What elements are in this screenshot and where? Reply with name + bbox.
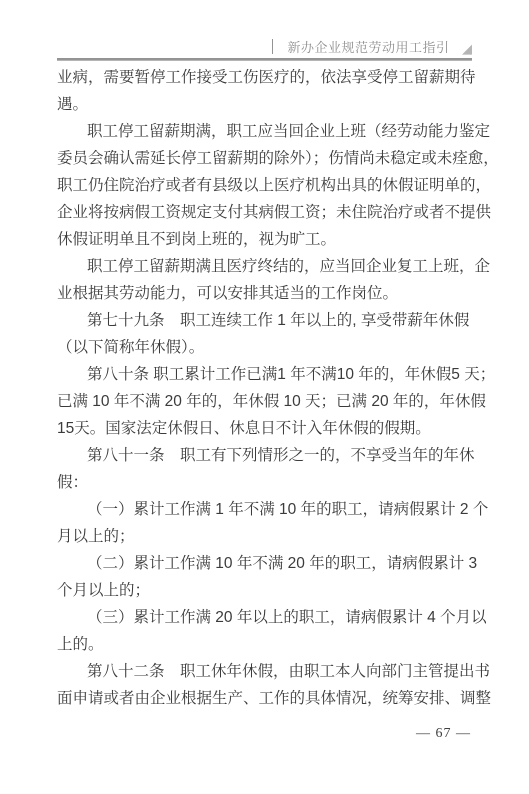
text-line: （三）累计工作满 20 年以上的职工，请病假累计 4 个月以 [57,604,472,631]
text-line: 企业将按病假工资规定支付其病假工资；未住院治疗或者不提供 [57,199,472,226]
header-divider-bar [272,39,273,54]
text-line: （一）累计工作满 1 年不满 10 年的职工，请病假累计 2 个 [57,496,472,523]
text-line: 第八十一条 职工有下列情形之一的，不享受当年的年休 [57,442,472,469]
text-line: 第七十九条 职工连续工作 1 年以上的, 享受带薪年休假 [57,307,472,334]
header-rule [57,58,472,61]
text-line: 职工停工留薪期满，职工应当回企业上班（经劳动能力鉴定 [57,118,472,145]
text-line: 面申请或者由企业根据生产、工作的具体情况，统筹安排、调整 [57,685,472,712]
text-line: 职工仍住院治疗或者有县级以上医疗机构出具的休假证明单的， [57,172,472,199]
text-line: 15天。国家法定休假日、休息日不计入年休假的假期。 [57,415,472,442]
document-page: 新办企业规范劳动用工指引 ◢ 业病，需要暂停工作接受工伤医疗的，依法享受停工留薪… [0,0,529,794]
text-line: 月以上的； [57,523,472,550]
text-line: 假： [57,469,472,496]
text-line: （以下简称年休假）。 [57,334,472,361]
text-line: 职工停工留薪期满且医疗终结的，应当回企业复工上班，企 [57,253,472,280]
text-line: 第八十条 职工累计工作已满1 年不满10 年的，年休假5 天； [57,361,472,388]
text-line: 休假证明单且不到岗上班的，视为旷工。 [57,226,472,253]
header-title: 新办企业规范劳动用工指引 [288,40,450,55]
text-line: 个月以上的； [57,577,472,604]
text-line: 业根据其劳动能力，可以安排其适当的工作岗位。 [57,280,472,307]
text-line: 上的。 [57,631,472,658]
page-number: — 67 — [416,726,471,742]
corner-triangle-icon: ◢ [462,42,472,55]
text-line: （二）累计工作满 10 年不满 20 年的职工，请病假累计 3 [57,550,472,577]
text-line: 遇。 [57,91,472,118]
text-line: 已满 10 年不满 20 年的，年休假 10 天；已满 20 年的，年休假 [57,388,472,415]
text-line: 第八十二条 职工休年休假，由职工本人向部门主管提出书 [57,658,472,685]
document-body: 业病，需要暂停工作接受工伤医疗的，依法享受停工留薪期待遇。职工停工留薪期满，职工… [57,64,472,712]
text-line: 业病，需要暂停工作接受工伤医疗的，依法享受停工留薪期待 [57,64,472,91]
text-line: 委员会确认需延长停工留薪期的除外）；伤情尚未稳定或未痊愈， [57,145,472,172]
page-header: 新办企业规范劳动用工指引 ◢ [57,37,472,58]
